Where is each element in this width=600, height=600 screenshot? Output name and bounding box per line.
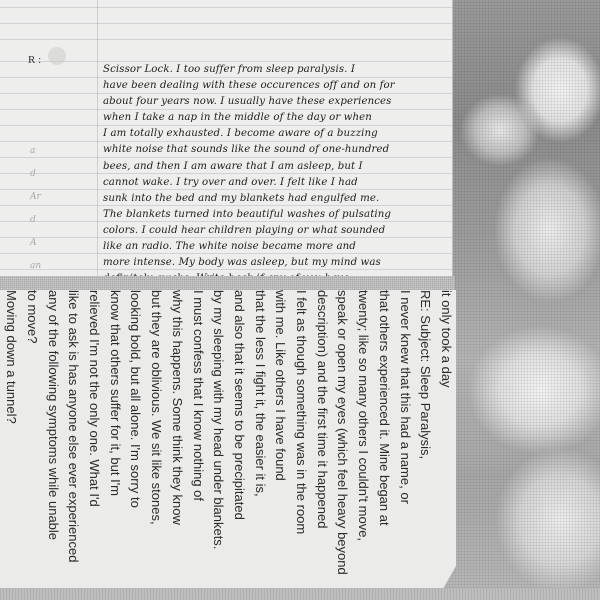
reply-line: it only took a day xyxy=(435,290,456,590)
margin-scribble: A xyxy=(30,232,70,255)
reply-line: but they are oblivious. We sit like ston… xyxy=(145,290,166,590)
reply-line: I never knew that this had a name, or xyxy=(394,290,415,590)
reply-line: by my sleeping with my head under blanke… xyxy=(208,290,229,590)
reply-line: speak or open my eyes (which feel heavy … xyxy=(332,290,353,590)
reply-line: like to ask is has anyone else ever expe… xyxy=(63,290,84,590)
reply-body: it only took a day RE: Subject: Sleep Pa… xyxy=(6,290,456,590)
reply-line: that the less I fight it, the easier it … xyxy=(249,290,270,590)
reply-line: any of the following symptoms while unab… xyxy=(42,290,63,590)
reply-line: RE: Subject: Sleep Paralysis, xyxy=(415,290,436,590)
letter-line: have been dealing with these occurences … xyxy=(103,78,448,94)
reply-line: relieved I'm not the only one. What I'd xyxy=(83,290,104,590)
reply-line: Hearing electronic noise that you have n… xyxy=(0,290,1,590)
rotated-reply-note: it only took a day RE: Subject: Sleep Pa… xyxy=(0,290,456,590)
reply-line: I felt as though something was in the ro… xyxy=(290,290,311,590)
reply-line: looking bold, but all alone. I'm sorry t… xyxy=(125,290,146,590)
letter-body: Scissor Lock. I too suffer from sleep pa… xyxy=(103,62,448,303)
margin-scribble: an xyxy=(30,255,70,278)
letter-line: cannot wake. I try over and over. I felt… xyxy=(103,175,448,191)
margin-label: R : xyxy=(28,54,41,66)
halftone-band xyxy=(0,276,455,292)
reply-line: description) and the first time it happe… xyxy=(311,290,332,590)
letter-line: about four years now. I usually have the… xyxy=(103,94,448,110)
reply-line: know that others suffer for it, but I'm xyxy=(104,290,125,590)
reply-line: to move? xyxy=(21,290,42,590)
letter-line: I am totally exhausted. I become aware o… xyxy=(103,126,448,142)
margin-line xyxy=(97,0,98,278)
halftone-strip xyxy=(0,588,600,600)
reply-line: why this happens. Some think they know xyxy=(166,290,187,590)
margin-scribble: Ar xyxy=(30,186,70,209)
reply-line: with me. Like others I have found xyxy=(270,290,291,590)
letter-line: colors. I could hear children playing or… xyxy=(103,223,448,239)
letter-line: sunk into the bed and my blankets had en… xyxy=(103,191,448,207)
reply-line: twenty; like so many others I couldn't m… xyxy=(352,290,373,590)
margin-scribble: a xyxy=(30,140,70,163)
punch-hole xyxy=(48,47,66,65)
cloud-photo xyxy=(440,0,600,600)
letter-line: bees, and then I am aware that I am asle… xyxy=(103,159,448,175)
letter-line: white noise that sounds like the sound o… xyxy=(103,142,448,158)
reply-line: that others experienced it. Mine began a… xyxy=(373,290,394,590)
letter-line: when I take a nap in the middle of the d… xyxy=(103,110,448,126)
margin-scribble: d xyxy=(30,209,70,232)
letter-line: more intense. My body was asleep, but my… xyxy=(103,255,448,271)
reply-line: I must confess that I know nothing of xyxy=(187,290,208,590)
letter-line: The blankets turned into beautiful washe… xyxy=(103,207,448,223)
handwritten-letter-sheet: R : a d Ar d A an an A Scissor Lock. I t… xyxy=(0,0,452,278)
letter-line: Scissor Lock. I too suffer from sleep pa… xyxy=(103,62,448,78)
letter-line: like an radio. The white noise became mo… xyxy=(103,239,448,255)
reply-line: and also that it seems to be precipitate… xyxy=(228,290,249,590)
reply-line: Moving down a tunnel? xyxy=(1,290,22,590)
margin-scribble: d xyxy=(30,163,70,186)
